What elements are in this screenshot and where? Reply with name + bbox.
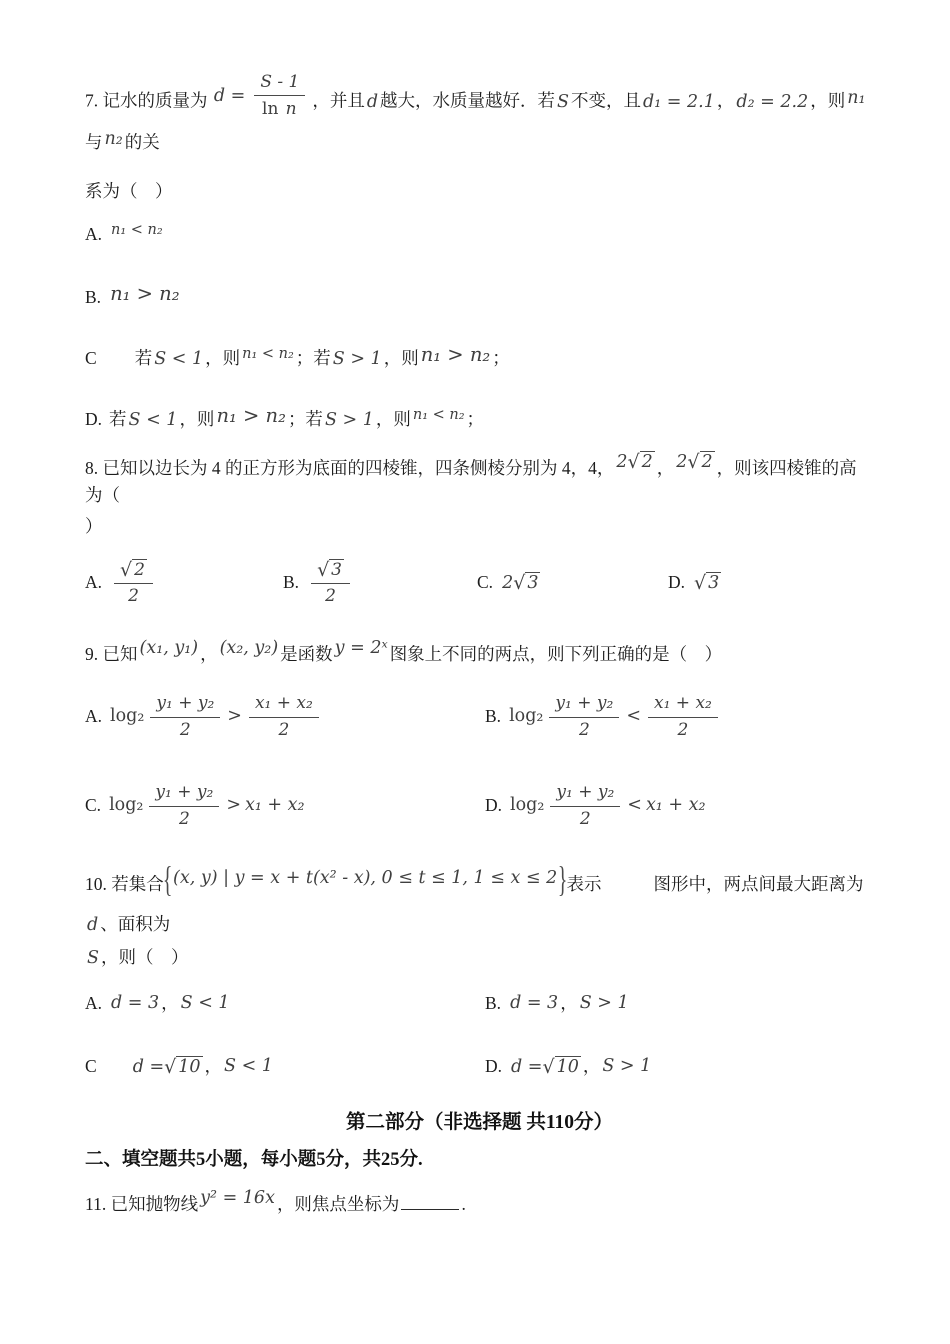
left-brace-icon: { xyxy=(163,853,173,905)
q9-function: y = 2ˣ xyxy=(335,636,388,661)
question-11: 11. 已知抛物线y² = 16x，则焦点坐标为. xyxy=(85,1192,874,1218)
q10-stem-line-2: S，则（ ） xyxy=(85,945,874,971)
q7-option-d-label: D. xyxy=(85,409,102,429)
q7-option-c: C若S < 1，则n₁ < n₂；若S > 1，则n₁ > n₂； xyxy=(85,341,874,372)
q7-stem-text-2: ，并且 xyxy=(312,91,365,111)
q9-option-c: C. log₂ y₁ + y₂2 > x₁ + x₂ xyxy=(85,782,485,830)
q8-stem-line-2: ） xyxy=(85,514,874,539)
q9-point-1: (x₁, y₁) xyxy=(140,636,199,661)
q7-option-b-label: B. xyxy=(85,287,101,307)
q8-option-a-formula: √2 2 xyxy=(114,558,153,608)
q7-option-c-label: C xyxy=(85,348,97,368)
q7-stem-line-2: 系为（ ） xyxy=(85,179,874,204)
q9-option-d-label: D. xyxy=(485,793,502,818)
right-brace-icon: } xyxy=(558,853,568,905)
q7-d2-value: d₂ = 2.2 xyxy=(736,92,808,112)
question-9: 9. 已知(x₁, y₁)，(x₂, y₂)是函数y = 2ˣ图象上不同的两点，… xyxy=(85,642,874,836)
q10-option-b: B.d = 3，S > 1 xyxy=(485,991,874,1016)
q8-option-b: B. √3 2 xyxy=(283,558,477,608)
q7-option-d: D.若S < 1，则n₁ > n₂；若S > 1，则n₁ < n₂； xyxy=(85,402,874,433)
q8-edge-1: 2√2 xyxy=(616,448,654,476)
answer-blank xyxy=(401,1195,459,1210)
sqrt-icon: √ xyxy=(694,572,706,594)
q10-option-c-label: C xyxy=(85,1054,97,1079)
q10-option-b-label: B. xyxy=(485,991,501,1016)
q10-stem-text-1: 10. 若集合 xyxy=(85,874,164,894)
section-2-title: 第二部分（非选择题 共110分） xyxy=(85,1109,874,1137)
q10-stem-line-1: 10. 若集合{(x, y) | y = x + t(x² - x), 0 ≤ … xyxy=(85,860,874,939)
q8-option-c-label: C. xyxy=(477,570,493,595)
q7-formula-fraction: S - 1 ln n xyxy=(252,72,307,121)
q9-option-a: A. log₂ y₁ + y₂2 > x₁ + x₂2 xyxy=(85,693,485,741)
sqrt-icon: √ xyxy=(317,559,329,581)
q7-option-b-formula: n₁ > n₂ xyxy=(110,282,180,305)
q9-options-row-2: C. log₂ y₁ + y₂2 > x₁ + x₂ D. log₂ y₁ + … xyxy=(85,776,874,836)
q10-option-c: Cd =√10，S < 1 xyxy=(85,1053,485,1081)
q11-stem-text-2: ，则焦点坐标为 xyxy=(277,1194,400,1214)
q7-option-b: B.n₁ > n₂ xyxy=(85,280,874,310)
q11-parabola-formula: y² = 16x xyxy=(200,1186,275,1211)
q10-var-d: d xyxy=(87,915,98,935)
q11-stem-line: 11. 已知抛物线y² = 16x，则焦点坐标为. xyxy=(85,1192,874,1218)
q10-options-row-2: Cd =√10，S < 1 D.d =√10，S > 1 xyxy=(85,1047,874,1087)
q9-option-d: D. log₂ y₁ + y₂2 < x₁ + x₂ xyxy=(485,782,874,830)
q10-var-s: S xyxy=(87,948,99,968)
sqrt-icon: √ xyxy=(542,1056,554,1078)
q7-quality-formula: d = S - 1 ln n xyxy=(212,72,312,121)
q8-option-b-formula: √3 2 xyxy=(311,558,350,608)
q9-option-b: B. log₂ y₁ + y₂2 < x₁ + x₂2 xyxy=(485,693,874,741)
q7-formula-lhs: d = xyxy=(214,84,245,109)
q8-option-d-label: D. xyxy=(668,570,685,595)
q10-option-a-label: A. xyxy=(85,991,102,1016)
q7-var-n2: n₂ xyxy=(105,129,123,149)
q10-option-d-label: D. xyxy=(485,1054,502,1079)
q8-option-a: A. √2 2 xyxy=(85,558,283,608)
q8-stem-text-1: 8. 已知以边长为 4 的正方形为底面的四棱锥，四条侧棱分别为 4，4， xyxy=(85,458,614,478)
q8-option-a-label: A. xyxy=(85,570,102,595)
q10-set-formula: {(x, y) | y = x + t(x² - x), 0 ≤ t ≤ 1, … xyxy=(164,853,567,905)
q11-stem-text-1: 11. 已知抛物线 xyxy=(85,1194,198,1214)
q10-option-a: A.d = 3，S < 1 xyxy=(85,991,485,1016)
q8-stem-line-1: 8. 已知以边长为 4 的正方形为底面的四棱锥，四条侧棱分别为 4，4，2√2，… xyxy=(85,455,874,508)
question-8: 8. 已知以边长为 4 的正方形为底面的四棱锥，四条侧棱分别为 4，4，2√2，… xyxy=(85,455,874,611)
q7-stem-text-4: 不变，且 xyxy=(571,91,641,111)
q7-option-a-formula: n₁ < n₂ xyxy=(111,222,163,238)
section-2-subtitle: 二、填空题共5小题，每小题5分，共25分. xyxy=(85,1147,874,1174)
q9-option-a-label: A. xyxy=(85,704,102,729)
q8-option-c-formula: 2√3 xyxy=(502,569,540,597)
q8-option-d: D. √3 xyxy=(668,569,874,597)
q10-options-row-1: A.d = 3，S < 1 B.d = 3，S > 1 xyxy=(85,987,874,1021)
q7-var-s: S xyxy=(557,92,569,112)
q10-option-d: D.d =√10，S > 1 xyxy=(485,1053,874,1081)
q9-stem-line: 9. 已知(x₁, y₁)，(x₂, y₂)是函数y = 2ˣ图象上不同的两点，… xyxy=(85,642,874,668)
q7-stem-text-3: 越大，水质量越好．若 xyxy=(380,91,555,111)
sqrt-icon: √ xyxy=(628,451,640,473)
q7-formula-numerator: S - 1 xyxy=(254,72,305,96)
q7-stem-text-1: 7. 记水的质量为 xyxy=(85,91,208,111)
q9-stem-text-4: 图象上不同的两点，则下列正确的是（ ） xyxy=(390,644,723,664)
sqrt-icon: √ xyxy=(513,572,525,594)
q9-option-b-label: B. xyxy=(485,704,501,729)
q7-d1-value: d₁ = 2.1 xyxy=(643,92,715,112)
q7-formula-denominator: ln n xyxy=(261,96,299,120)
q7-stem-text-8: 的关 xyxy=(125,132,160,152)
question-7: 7. 记水的质量为 d = S - 1 ln n ，并且d越大，水质量越好．若S… xyxy=(85,78,874,433)
q9-stem-text-1: 9. 已知 xyxy=(85,644,138,664)
sqrt-icon: √ xyxy=(120,559,132,581)
q7-option-a: A.n₁ < n₂ xyxy=(85,220,874,250)
q9-point-2: (x₂, y₂) xyxy=(220,636,279,661)
q8-edge-2: 2√2 xyxy=(676,448,714,476)
sqrt-icon: √ xyxy=(164,1056,176,1078)
q7-option-a-label: A. xyxy=(85,224,102,244)
q9-option-c-label: C. xyxy=(85,793,101,818)
q7-stem-line-1: 7. 记水的质量为 d = S - 1 ln n ，并且d越大，水质量越好．若S… xyxy=(85,78,874,155)
q10-stem-text-3: 图形中，两点间最大距离为 xyxy=(654,874,864,894)
exam-page: 7. 记水的质量为 d = S - 1 ln n ，并且d越大，水质量越好．若S… xyxy=(0,0,950,1344)
q8-option-c: C. 2√3 xyxy=(477,569,668,597)
q7-var-d: d xyxy=(367,92,378,112)
q8-option-b-label: B. xyxy=(283,570,299,595)
q8-options-row: A. √2 2 B. √3 2 C. 2√3 D. √3 xyxy=(85,554,874,612)
q7-var-n1: n₁ xyxy=(847,88,865,108)
q8-option-d-formula: √3 xyxy=(694,569,721,597)
q9-options-row-1: A. log₂ y₁ + y₂2 > x₁ + x₂2 B. log₂ y₁ +… xyxy=(85,686,874,748)
sqrt-icon: √ xyxy=(687,451,699,473)
question-10: 10. 若集合{(x, y) | y = x + t(x² - x), 0 ≤ … xyxy=(85,860,874,1087)
